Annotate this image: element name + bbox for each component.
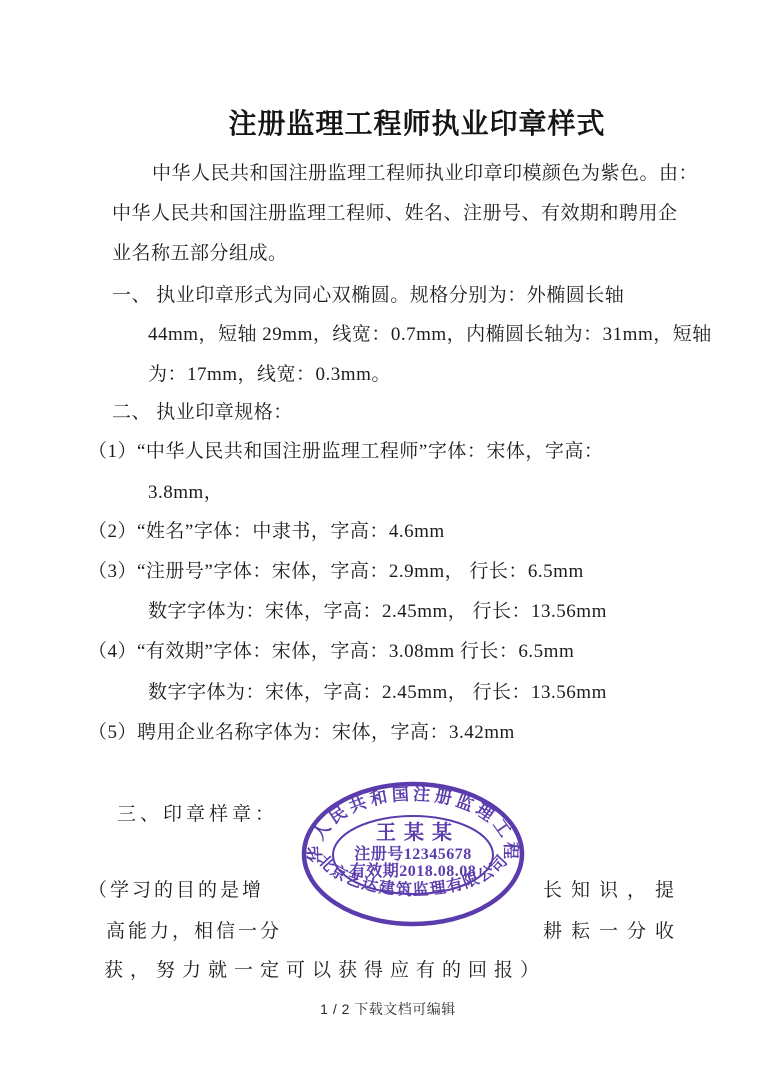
seal-arc-top-text: 中华人民共和国注册监理工程师 — [290, 766, 521, 863]
seal-outer-ellipse — [304, 784, 522, 924]
seal-inner-ellipse — [333, 816, 493, 894]
closing-text-left-2: 高能力，相信一分 — [106, 921, 282, 943]
paragraph-line: 业名称五部分组成。 — [112, 243, 288, 265]
spec-line-4: （4）“有效期”字体：宋体，字高：3.08mm 行长：6.5mm — [88, 641, 574, 663]
paragraph-line: 中华人民共和国注册监理工程师、姓名、注册号、有效期和聘用企 — [112, 203, 678, 225]
spec-line-3b: 数字字体为：宋体，字高：2.45mm， 行长：13.56mm — [148, 601, 607, 623]
document-page: 注册监理工程师执业印章样式 中华人民共和国注册监理工程师执业印章印模颜色为紫色。… — [0, 0, 763, 1080]
closing-text-line-3: 获，努力就一定可以获得应有的回报） — [104, 960, 546, 982]
spec-line-2: （2）“姓名”字体：中隶书，字高：4.6mm — [88, 521, 445, 543]
closing-text-right-1: 长知识，提 — [543, 880, 683, 902]
page-title: 注册监理工程师执业印章样式 — [228, 102, 605, 142]
list-item-2-heading: 二、 执业印章规格： — [112, 402, 293, 424]
seal-validity-text: 有效期2018.08.08 — [350, 861, 477, 880]
closing-text-left-1: （学习的目的是增 — [88, 880, 264, 902]
seal-arc-bottom-text: 北京艺达建筑监理有限公司 — [314, 850, 512, 899]
list-item-1-line: 44mm，短轴 29mm，线宽：0.7mm，内椭圆长轴为：31mm，短轴 — [148, 324, 712, 346]
seal-registration-text: 注册号12345678 — [354, 844, 472, 863]
spec-line-1b: 3.8mm， — [148, 482, 223, 504]
seal-name-text: 王某某 — [376, 820, 460, 844]
closing-text-right-2: 耕耘一分收 — [543, 921, 683, 943]
spec-line-5: （5）聘用企业名称字体为：宋体，字高：3.42mm — [88, 722, 515, 744]
list-item-1-line: 为：17mm，线宽：0.3mm。 — [148, 364, 391, 386]
section-3-heading: 三、印章样章： — [117, 804, 278, 826]
page-footer: 1 / 2 下载文档可编辑 — [320, 999, 456, 1019]
list-item-1-line: 一、 执业印章形式为同心双椭圆。规格分别为：外椭圆长轴 — [112, 285, 624, 307]
spec-line-4b: 数字字体为：宋体，字高：2.45mm， 行长：13.56mm — [148, 682, 607, 704]
purple-seal-stamp: 中华人民共和国注册监理工程师 王某某 注册号12345678 有效期2018.0… — [290, 766, 536, 938]
paragraph-line: 中华人民共和国注册监理工程师执业印章印模颜色为紫色。由： — [152, 163, 698, 185]
spec-line-1: （1）“中华人民共和国注册监理工程师”字体：宋体，字高： — [88, 441, 603, 463]
spec-line-3: （3）“注册号”字体：宋体，字高：2.9mm， 行长：6.5mm — [88, 561, 584, 583]
